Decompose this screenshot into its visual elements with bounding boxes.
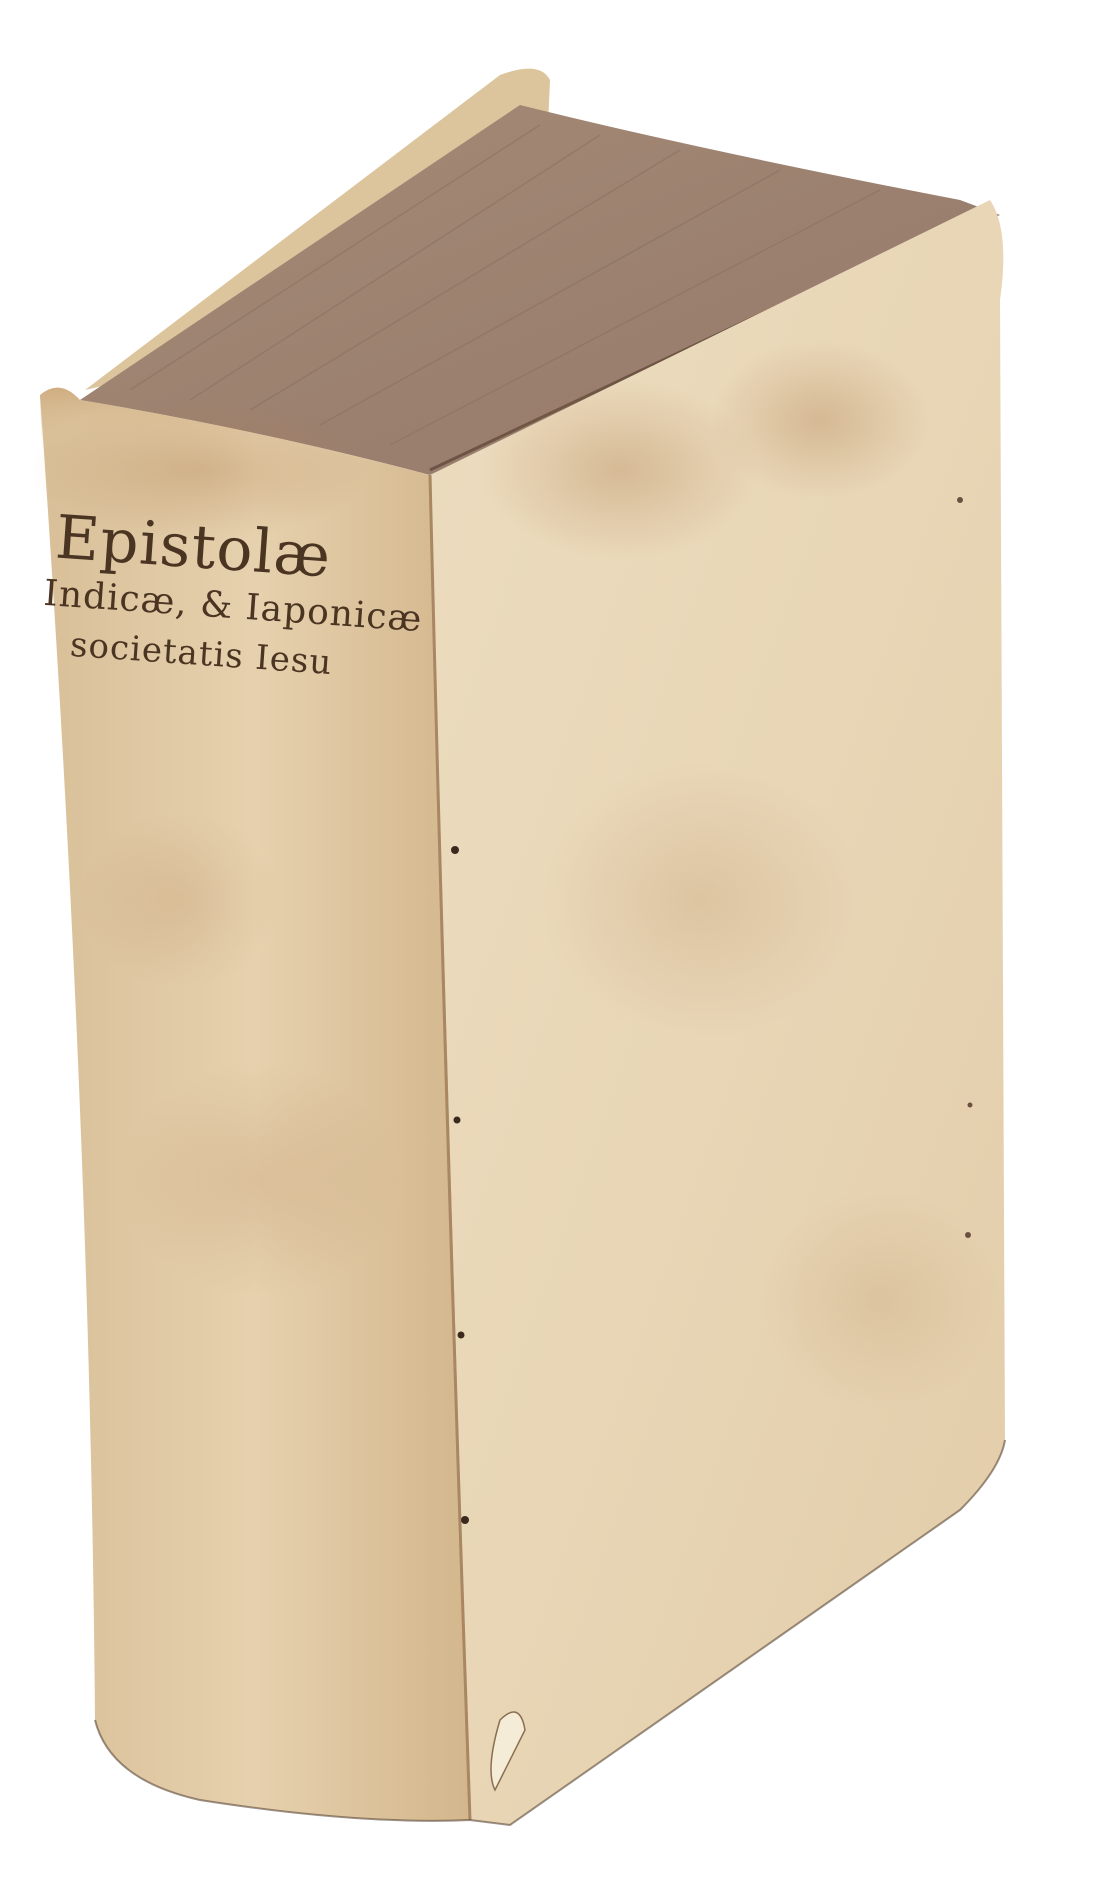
photo-stage: Epistolæ Indicæ, & Iaponicæ societatis I… bbox=[0, 0, 1096, 1890]
spine-handwritten-title: Epistolæ Indicæ, & Iaponicæ societatis I… bbox=[39, 505, 429, 693]
book-illustration bbox=[0, 0, 1096, 1890]
